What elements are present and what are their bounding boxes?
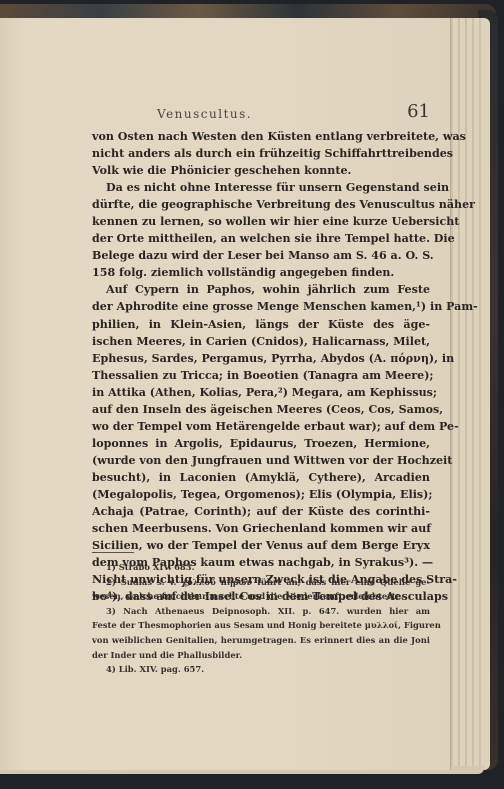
body-line: kennen zu lernen, so wollen wir hier ein… (92, 213, 430, 230)
body-line: wo der Tempel vom Hetärengelde erbaut wa… (92, 418, 430, 435)
body-line: Ephesus, Sardes, Pergamus, Pyrrha, Abydo… (92, 350, 430, 367)
body-line: Thessalien zu Tricca; in Boeotien (Tanag… (92, 367, 430, 384)
body-line: auf den Inseln des ägeischen Meeres (Ceo… (92, 401, 430, 418)
footnote-3-cont: der Inder und die Phallusbilder. (92, 648, 430, 663)
footnote-3-cont: Feste der Thesmophorien aus Sesam und Ho… (92, 618, 430, 633)
body-line: schen Meerbusens. Von Griechenland komme… (92, 520, 430, 537)
body-line: der Aphrodite eine grosse Menge Menschen… (92, 298, 430, 315)
body-line: von Osten nach Westen den Küsten entlang… (92, 128, 430, 145)
running-title: Venuscultus. (157, 107, 252, 121)
body-line: in Attika (Athen, Kolias, Pera,²) Megara… (92, 384, 430, 401)
footnote-3-cont: von weiblichen Genitalien, herumgetragen… (92, 633, 430, 648)
page-number: 61 (407, 101, 430, 122)
body-line: der Orte mittheilen, an welchen sie ihre… (92, 230, 430, 247)
footnote-2: 2) Sudias s. v. χυλλοῦ πήρων führt an, d… (92, 575, 430, 590)
footnote-3: 3) Nach Athenaeus Deipnosoph. XII. p. 64… (92, 604, 430, 619)
body-line: Da es nicht ohne Interesse für unsern Ge… (92, 179, 430, 196)
body-line: Auf Cypern in Paphos, wohin jährlich zum… (92, 281, 430, 298)
body-line: (wurde von den Jungfrauen und Wittwen vo… (92, 452, 430, 469)
body-line: 158 folg. ziemlich vollständig angegeben… (92, 264, 430, 281)
body-line: loponnes in Argolis, Epidaurus, Troezen,… (92, 435, 430, 452)
body-line: dürfte, die geographische Verbreitung de… (92, 196, 430, 213)
body-line: Sicilien, wo der Tempel der Venus auf de… (92, 537, 430, 554)
footnote-1: 1) Strabo XIV. 683. (92, 560, 430, 575)
body-line: ischen Meeres, in Carien (Cnidos), Halic… (92, 333, 430, 350)
footnote-4: 4) Lib. XIV. pag. 657. (92, 662, 430, 677)
body-line: Volk wie die Phönicier geschehen konnte. (92, 162, 430, 179)
footnote-separator (92, 552, 134, 553)
book-page: Venuscultus. 61 von Osten nach Westen de… (0, 18, 451, 770)
body-line: Achaja (Patrae, Corinth); auf der Küste … (92, 503, 430, 520)
body-line: philien, in Klein-Asien, längs der Küste… (92, 316, 430, 333)
body-line: nicht anders als durch ein frühzeitig Sc… (92, 145, 430, 162)
footnotes: 1) Strabo XIV. 683. 2) Sudias s. v. χυλλ… (92, 560, 430, 677)
body-line: Belege dazu wird der Leser bei Manso am … (92, 247, 430, 264)
body-text: von Osten nach Westen den Küsten entlang… (92, 128, 430, 605)
page-header: Venuscultus. 61 (92, 101, 430, 125)
page-content: Venuscultus. 61 von Osten nach Westen de… (0, 18, 450, 770)
body-line: (Megalopolis, Tegea, Orgomenos); Elis (O… (92, 486, 430, 503)
body-line: besucht), in Laconien (Amyklä, Cythere),… (92, 469, 430, 486)
footnote-2-cont: wesen, welche fruchtbar machte und die N… (92, 589, 430, 604)
